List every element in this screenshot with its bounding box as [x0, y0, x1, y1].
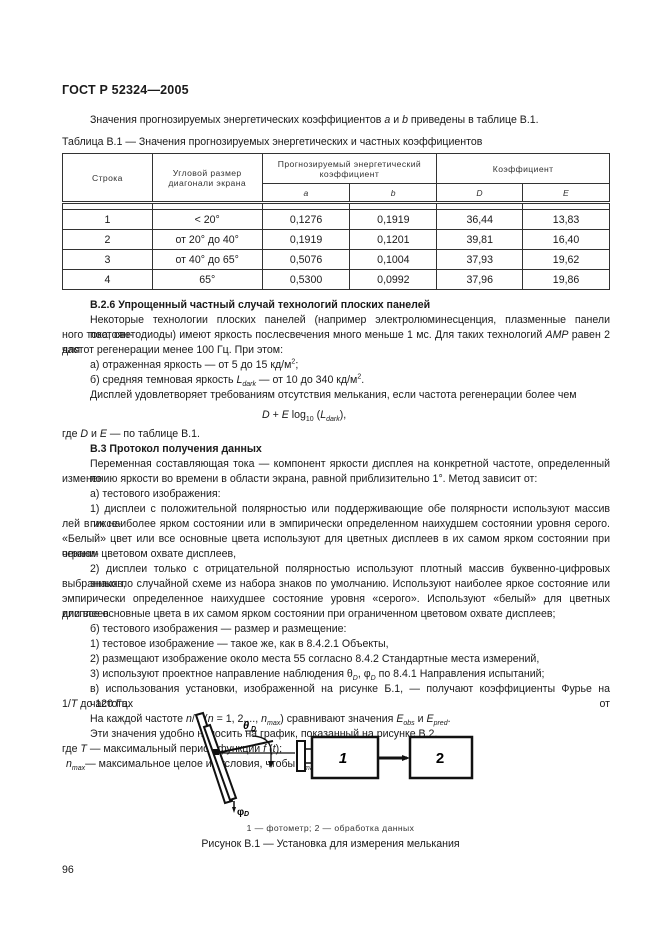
- coefficients-table: Строка Угловой размердиагонали экрана Пр…: [62, 153, 610, 290]
- b26-display-line: Дисплей удовлетворяет требованиям отсутс…: [90, 388, 577, 403]
- table-cell: 0,1276: [262, 210, 350, 230]
- table-cell: 13,83: [523, 210, 610, 230]
- b26-item-a: а) отраженная яркость — от 5 до 15 кд/м2…: [90, 358, 298, 373]
- page-number: 96: [62, 864, 74, 876]
- table-row: 3от 40° до 65°0,50760,100437,9319,62: [63, 250, 610, 270]
- table-row: 1< 20°0,12760,191936,4413,83: [63, 210, 610, 230]
- header-energy: Прогнозируемый энергетическийкоэффициент: [262, 154, 437, 184]
- document-header: ГОСТ Р 52324—2005: [62, 83, 189, 97]
- section-b26-heading: В.2.6 Упрощенный частный случай технолог…: [90, 298, 430, 313]
- svg-text:2: 2: [436, 750, 444, 767]
- header-b: b: [350, 184, 437, 203]
- theta-angle-arc: [253, 736, 271, 763]
- b26-item-b: б) средняя темновая яркость Ldark — от 1…: [90, 373, 364, 388]
- table-cell: 36,44: [437, 210, 523, 230]
- b3-line: ченном цветовом охвате дисплеев,: [62, 547, 236, 562]
- table-cell: 39,81: [437, 230, 523, 250]
- b26-where: где D и E — по таблице В.1.: [62, 427, 200, 442]
- header-a: a: [262, 184, 350, 203]
- table-cell: 0,1004: [350, 250, 437, 270]
- svg-text:1: 1: [339, 750, 347, 767]
- table-cell: 0,1919: [262, 230, 350, 250]
- theta-label: θ: [243, 720, 249, 732]
- table-cell: 0,0992: [350, 270, 437, 290]
- photometer-lens-icon: [297, 741, 305, 771]
- b26-para-line: частот регенерации менее 100 Гц. При это…: [62, 343, 283, 358]
- table-cell: 16,40: [523, 230, 610, 250]
- b3-line: 1/T до 120 Гц.: [62, 697, 131, 712]
- table-cell: 0,5076: [262, 250, 350, 270]
- table-cell: 19,86: [523, 270, 610, 290]
- b3-line: лей в их наиболее ярком состоянии или в …: [62, 517, 610, 532]
- figure-legend: 1 — фотометр; 2 — обработка данных: [0, 823, 661, 833]
- flicker-measurement-diagram: θ D φ D 1 2: [185, 703, 485, 823]
- b3-line: изменению яркости во времени в области э…: [62, 472, 537, 487]
- b3-line: б) тестового изображения — размер и разм…: [90, 622, 347, 637]
- table-title: Таблица В.1 — Значения прогнозируемых эн…: [62, 135, 482, 150]
- table-cell: от 40° до 65°: [152, 250, 262, 270]
- header-e: E: [523, 184, 610, 203]
- table-cell: 37,96: [437, 270, 523, 290]
- b3-line: 3) используют проектное направление набл…: [90, 667, 544, 682]
- header-row: Строка: [63, 154, 153, 203]
- b3-line: 1) тестовое изображение — такое же, как …: [90, 637, 389, 652]
- table-cell: 3: [63, 250, 153, 270]
- intro-paragraph: Значения прогнозируемых энергетических к…: [90, 113, 539, 128]
- header-coefficient: Коэффициент: [437, 154, 610, 184]
- b3-line: выбранных по случайной схеме из набора з…: [62, 577, 610, 592]
- svg-text:D: D: [251, 726, 256, 733]
- table-cell: 37,93: [437, 250, 523, 270]
- table-cell: 0,1919: [350, 210, 437, 230]
- table-cell: от 20° до 40°: [152, 230, 262, 250]
- table-row: 465°0,53000,099237,9619,86: [63, 270, 610, 290]
- header-angle: Угловой размердиагонали экрана: [152, 154, 262, 203]
- section-b3-heading: В.3 Протокол получения данных: [90, 442, 262, 457]
- b3-line: а) тестового изображения:: [90, 487, 221, 502]
- flicker-formula: D + E log10 (Ldark),: [262, 408, 346, 423]
- table-cell: 4: [63, 270, 153, 290]
- header-d: D: [437, 184, 523, 203]
- table-cell: 0,1201: [350, 230, 437, 250]
- table-cell: 2: [63, 230, 153, 250]
- b3-line: или все основные цвета в их самом ярком …: [62, 607, 555, 622]
- display-panel-icon: [196, 713, 236, 803]
- table-cell: 65°: [152, 270, 262, 290]
- table-row: 2от 20° до 40°0,19190,120139,8116,40: [63, 230, 610, 250]
- svg-text:D: D: [244, 811, 249, 818]
- table-cell: 0,5300: [262, 270, 350, 290]
- figure-caption: Рисунок В.1 — Установка для измерения ме…: [0, 838, 661, 850]
- table-cell: 19,62: [523, 250, 610, 270]
- table-cell: < 20°: [152, 210, 262, 230]
- b3-line: 2) размещают изображение около места 55 …: [90, 652, 539, 667]
- table-cell: 1: [63, 210, 153, 230]
